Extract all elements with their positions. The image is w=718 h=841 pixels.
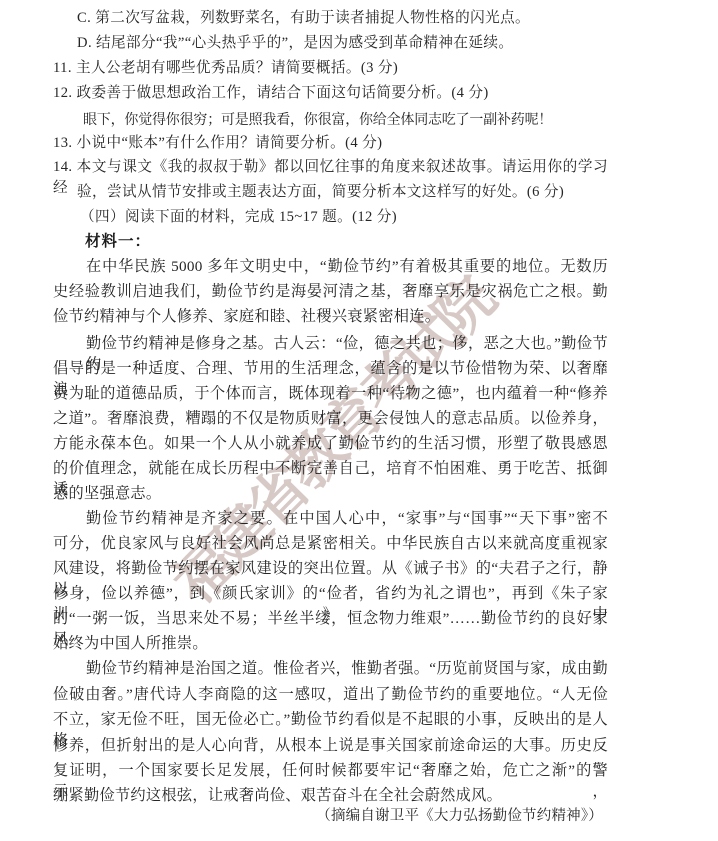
- material-paragraph-line: 修养，但折射出的是人心向背，从根本上说是事关国家前途命运的大事。历史反: [53, 735, 608, 756]
- material-paragraph-line: 之道”。奢靡浪费，糟蹋的不仅是物质财富，更会侵蚀人的意志品质。以俭养身，: [53, 408, 608, 429]
- material-paragraph-line: 史经验教训启迪我们，勤俭节约是海晏河清之基，奢靡享乐是灾祸危亡之根。勤: [53, 281, 608, 302]
- question-line: 13. 小说中“账本”有什么作用？请简要分析。(4 分): [53, 133, 382, 154]
- choice-option-line: D. 结尾部分“我”“心头热乎乎的”，是因为感受到革命精神在延续。: [77, 33, 513, 54]
- exam-page: 福建省教育考试院 C. 第二次写盆栽，列数野菜名，有助于读者捕捉人物性格的闪光点…: [0, 0, 718, 841]
- question-line: （四）阅读下面的材料，完成 15~17 题。(12 分): [80, 207, 397, 228]
- material-paragraph-line: 方能永葆本色。如果一个人从小就养成了勤俭节约的生活习惯，形塑了敬畏感恩: [53, 433, 608, 454]
- material-paragraph-line: 惑的坚强意志。: [53, 483, 161, 504]
- material-paragraph-line: 费为耻的道德品质，于个体而言，既体现着一种“待物之德”，也内蕴着一种“修养: [53, 383, 608, 404]
- choice-option-line: C. 第二次写盆栽，列数野菜名，有助于读者捕捉人物性格的闪光点。: [77, 8, 530, 29]
- material-paragraph-line: 俭节约精神与个人修养、家庭和睦、社稷兴衰紧密相连。: [53, 306, 440, 327]
- quoted-sentence-line: 眼下，你觉得你很穷；可是照我看，你很富，你给全体同志吃了一副补药呢！: [83, 110, 552, 131]
- material-paragraph-line: 勤俭节约精神是齐家之要。在中国人心中，“家事”与“国事”“天下事”密不: [86, 508, 608, 529]
- material-label: 材料一：: [85, 231, 151, 252]
- question-line: 11. 主人公老胡有哪些优秀品质？请简要概括。(3 分): [53, 58, 398, 79]
- material-paragraph-line: 在中华民族 5000 多年文明史中，“勤俭节约”有着极其重要的地位。无数历: [86, 256, 608, 277]
- attribution-line: （摘编自谢卫平《大力弘扬勤俭节约精神》）: [316, 806, 603, 827]
- question-line: 验，尝试从情节安排或主题表达方面，简要分析本文这样写的好处。(6 分): [77, 182, 564, 203]
- material-paragraph-line: 俭破由奢。”唐代诗人李商隐的这一感叹，道出了勤俭节约的重要地位。“人无俭: [53, 684, 608, 705]
- material-paragraph-line: 勤俭节约精神是治国之道。惟俭者兴，惟勤者强。“历览前贤国与家，成由勤: [86, 658, 608, 679]
- question-line: 12. 政委善于做思想政治工作，请结合下面这句话简要分析。(4 分): [53, 83, 489, 104]
- material-paragraph-line: 始终为中国人所推崇。: [53, 633, 208, 654]
- material-paragraph-line: 可分，优良家风与良好社会风尚总是紧密相关。中华民族自古以来就高度重视家: [53, 533, 608, 554]
- material-paragraph-line: 绷紧勤俭节约这根弦，让戒奢尚俭、艰苦奋斗在全社会蔚然成风。: [53, 785, 502, 806]
